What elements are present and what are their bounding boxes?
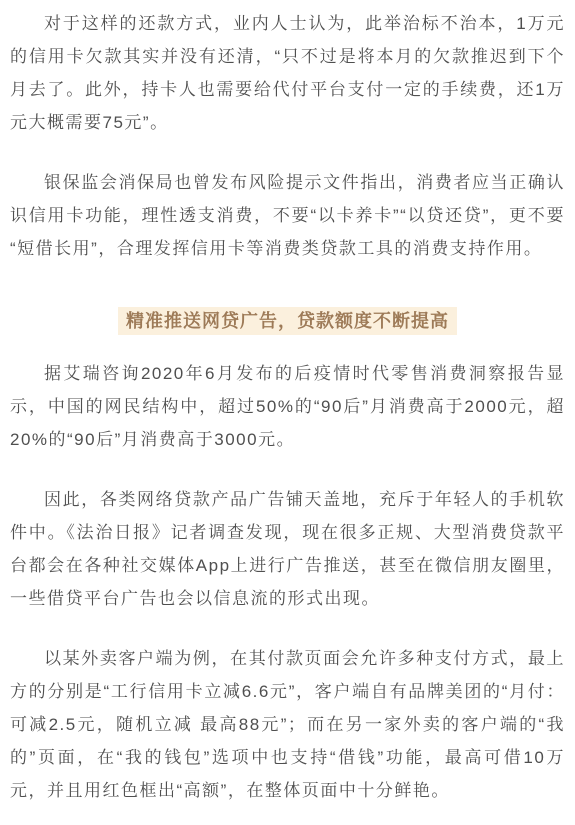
- paragraph-food-delivery-example: 以某外卖客户端为例，在其付款页面会允许多种支付方式，最上方的分别是“工行信用卡立…: [10, 642, 565, 807]
- article-page: 对于这样的还款方式，业内人士认为，此举治标不治本，1万元的信用卡欠款其实并没有还…: [0, 0, 575, 825]
- paragraph-repayment-method: 对于这样的还款方式，业内人士认为，此举治标不治本，1万元的信用卡欠款其实并没有还…: [10, 7, 565, 139]
- paragraph-iresearch-report: 据艾瑞咨询2020年6月发布的后疫情时代零售消费洞察报告显示，中国的网民结构中，…: [10, 357, 565, 456]
- article-body: 对于这样的还款方式，业内人士认为，此举治标不治本，1万元的信用卡欠款其实并没有还…: [10, 7, 565, 807]
- paragraph-regulator-warning: 银保监会消保局也曾发布风险提示文件指出，消费者应当正确认识信用卡功能，理性透支消…: [10, 166, 565, 265]
- paragraph-loan-ads: 因此，各类网络贷款产品广告铺天盖地，充斥于年轻人的手机软件中。《法治日报》记者调…: [10, 483, 565, 615]
- section-heading-text: 精准推送网贷广告，贷款额度不断提高: [118, 307, 457, 335]
- section-heading: 精准推送网贷广告，贷款额度不断提高: [10, 307, 565, 335]
